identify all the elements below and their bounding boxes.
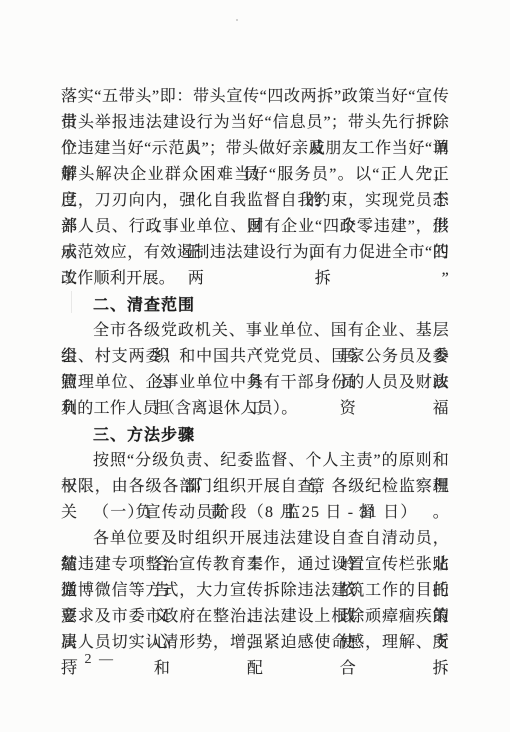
body-text-line: 位违建当好“示范员”；带头做好亲戚朋友工作当好“调解员”； (61, 136, 449, 162)
section-heading-2: 二、清查范围 (61, 292, 449, 318)
body-text-line: 麓违建专项整治宣传教育工作，通过设置宣传栏张贴通告、依托 (61, 552, 449, 578)
body-text-line: 示范效应，有效遏制违法建设行为，有力促进全市“四改两拆” (61, 240, 449, 266)
body-text-line: 会、村支两委）和中国共产党党员、国家公务员及参照公务员法 (61, 344, 449, 370)
scan-speck (236, 19, 238, 21)
document-body: 落实“五带头”即：带头宣传“四改两拆”政策当好“宣传员”； 带头举报违法建设行为… (61, 84, 449, 656)
body-text-line: 度，刀刃向内，强化自我监督自我约束，实现党员干部、财政供 (61, 188, 449, 214)
body-text-line: 管理单位、企事业单位中具有干部身份的人员及财政负担工资福 (61, 370, 449, 396)
scanned-document-page: 落实“五带头”即：带头宣传“四改两拆”政策当好“宣传员”； 带头举报违法建设行为… (0, 0, 510, 732)
page-number: — 2 — (63, 651, 115, 669)
body-text-line: 带头举报违法建设行为当好“信息员”；带头先行拆除个人及单 (61, 110, 449, 136)
body-text-line: 各单位要及时组织开展违法建设自查自清动员，结合秦岭北 (61, 526, 449, 552)
subsection-heading-1: （一）宣传动员阶段（8 月 25 日 - 31 日） (61, 500, 449, 526)
body-text-line: 按照“分级负责、纪委监督、个人主责”的原则和干部管理 (61, 448, 449, 474)
body-text-line: 落实“五带头”即：带头宣传“四改两拆”政策当好“宣传员”； (61, 84, 449, 110)
body-text-line: 属人员切实认清形势，增强紧迫感使命感，理解、支持和配合拆 (61, 630, 449, 656)
body-text-line: 全市各级党政机关、事业单位、国有企业、基层组织（居委 (61, 318, 449, 344)
body-text-line: 养人员、行政事业单位、国有企业“四个零违建”，形成正面的 (61, 214, 449, 240)
body-text-line: 微博微信等方式，大力宣传拆除违法建筑工作的目的意义、政策 (61, 578, 449, 604)
section-heading-3: 三、方法步骤 (61, 422, 449, 448)
body-text-line: 要求及市委市政府在整治违法建设上根除顽瘴痼疾的决心，使所 (61, 604, 449, 630)
body-text-line: 权限，由各级各部门组织开展自查，各级纪检监察机关负责监督。 (61, 474, 449, 500)
body-text-line: 带头解决企业群众困难当好“服务员”。以“正人先正己”的态 (61, 162, 449, 188)
